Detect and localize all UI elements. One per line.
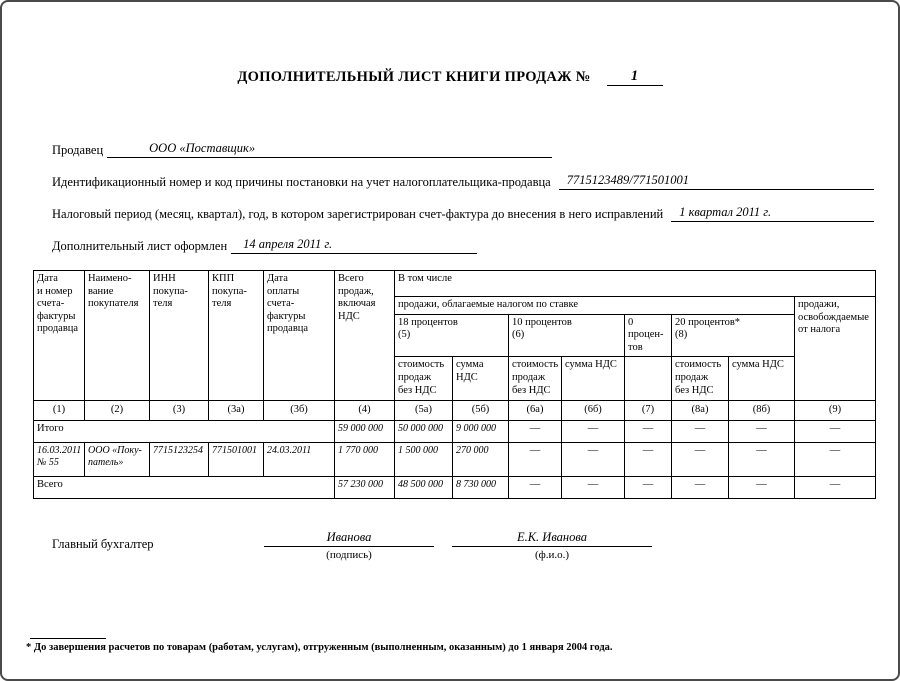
seller-value: ООО «Поставщик» — [107, 141, 552, 158]
dash-cell: — — [625, 421, 672, 443]
fullname-caption: (ф.и.о.) — [452, 547, 652, 561]
dash-cell: — — [795, 443, 876, 477]
dash-cell: — — [625, 443, 672, 477]
header-rate-10: 10 процентов (6) — [509, 314, 625, 357]
inn-kpp-value: 7715123489/771501001 — [559, 173, 874, 190]
dash-cell: — — [625, 477, 672, 499]
dash-cell: — — [672, 421, 729, 443]
seller-line: Продавец ООО «Поставщик» — [52, 140, 874, 158]
colnum-5b: (5б) — [453, 401, 509, 421]
signature-caption: (подпись) — [264, 547, 434, 561]
header-rate-0: 0 процен- тов — [625, 314, 672, 357]
dash-cell: — — [729, 443, 795, 477]
footnote-text: * До завершения расчетов по товарам (раб… — [26, 642, 838, 653]
sheet-number: 1 — [607, 68, 663, 86]
header-buyer-kpp: КПП покупа- теля — [209, 271, 264, 401]
seller-label: Продавец — [52, 143, 103, 158]
colnum-6b: (6б) — [562, 401, 625, 421]
sales-table: Дата и номер счета- фактуры продавца Наи… — [33, 270, 876, 499]
dash-cell: — — [509, 421, 562, 443]
footnote: * До завершения расчетов по товарам (раб… — [26, 638, 838, 653]
sales-table-wrapper: Дата и номер счета- фактуры продавца Наи… — [33, 270, 876, 499]
signature-field: Иванова (подпись) — [264, 530, 434, 561]
header-vat-18: сумма НДС — [453, 357, 509, 401]
dash-cell: — — [562, 477, 625, 499]
colnum-3a: (3а) — [209, 401, 264, 421]
colnum-8b: (8б) — [729, 401, 795, 421]
header-total-sales: Всего продаж, включая НДС — [335, 271, 395, 401]
colnum-3b: (3б) — [264, 401, 335, 421]
table-row-itogo: Итого 59 000 000 50 000 000 9 000 000 — … — [34, 421, 876, 443]
itogo-cost-18: 50 000 000 — [395, 421, 453, 443]
dash-cell: — — [672, 477, 729, 499]
colnum-4: (4) — [335, 401, 395, 421]
fullname-value: Е.К. Иванова — [452, 530, 652, 547]
table-row-entry: 16.03.2011 № 55 ООО «Поку- патель» 77151… — [34, 443, 876, 477]
entry-total: 1 770 000 — [335, 443, 395, 477]
inn-kpp-label: Идентификационный номер и код причины по… — [52, 175, 551, 190]
dash-cell: — — [795, 421, 876, 443]
header-rate-0-empty — [625, 357, 672, 401]
colnum-7: (7) — [625, 401, 672, 421]
fullname-field: Е.К. Иванова (ф.и.о.) — [452, 530, 652, 561]
footnote-divider — [30, 638, 106, 639]
signature-value: Иванова — [264, 530, 434, 547]
colnum-3: (3) — [150, 401, 209, 421]
header-buyer-inn: ИНН покупа- теля — [150, 271, 209, 401]
header-rate-18: 18 процентов (5) — [395, 314, 509, 357]
header-invoice-date: Дата и номер счета- фактуры продавца — [34, 271, 85, 401]
itogo-total: 59 000 000 — [335, 421, 395, 443]
tax-period-label: Налоговый период (месяц, квартал), год, … — [52, 207, 663, 222]
vsego-vat-18: 8 730 000 — [453, 477, 509, 499]
table-row-vsego: Всего 57 230 000 48 500 000 8 730 000 — … — [34, 477, 876, 499]
dash-cell: — — [672, 443, 729, 477]
signature-block: Главный бухгалтер Иванова (подпись) Е.К.… — [52, 530, 862, 574]
colnum-2: (2) — [85, 401, 150, 421]
header-vat-10: сумма НДС — [562, 357, 625, 401]
header-in-total: В том числе — [395, 271, 876, 297]
colnum-8a: (8а) — [672, 401, 729, 421]
vsego-cost-18: 48 500 000 — [395, 477, 453, 499]
header-cost-18: стоимость продаж без НДС — [395, 357, 453, 401]
entry-buyer: ООО «Поку- патель» — [85, 443, 150, 477]
issued-label: Дополнительный лист оформлен — [52, 239, 227, 254]
entry-pay-date: 24.03.2011 — [264, 443, 335, 477]
dash-cell: — — [509, 443, 562, 477]
entry-inn: 7715123254 — [150, 443, 209, 477]
header-vat-20: сумма НДС — [729, 357, 795, 401]
dash-cell: — — [562, 421, 625, 443]
dash-cell: — — [509, 477, 562, 499]
header-rate-20: 20 процентов* (8) — [672, 314, 795, 357]
issued-value: 14 апреля 2011 г. — [231, 237, 477, 254]
tax-period-line: Налоговый период (месяц, квартал), год, … — [52, 204, 874, 222]
entry-invoice: 16.03.2011 № 55 — [34, 443, 85, 477]
entry-kpp: 771501001 — [209, 443, 264, 477]
document-title: ДОПОЛНИТЕЛЬНЫЙ ЛИСТ КНИГИ ПРОДАЖ № — [237, 69, 590, 85]
vsego-label: Всего — [34, 477, 335, 499]
entry-vat-18: 270 000 — [453, 443, 509, 477]
header-cost-20: стоимость продаж без НДС — [672, 357, 729, 401]
inn-kpp-line: Идентификационный номер и код причины по… — [52, 172, 874, 190]
dash-cell: — — [795, 477, 876, 499]
page-title: ДОПОЛНИТЕЛЬНЫЙ ЛИСТ КНИГИ ПРОДАЖ №1 — [2, 68, 898, 86]
entry-cost-18: 1 500 000 — [395, 443, 453, 477]
sales-book-additional-sheet: ДОПОЛНИТЕЛЬНЫЙ ЛИСТ КНИГИ ПРОДАЖ №1 Прод… — [0, 0, 900, 681]
dash-cell: — — [562, 443, 625, 477]
issued-line: Дополнительный лист оформлен 14 апреля 2… — [52, 236, 874, 254]
colnum-1: (1) — [34, 401, 85, 421]
itogo-label: Итого — [34, 421, 335, 443]
header-taxed-sales: продажи, облагаемые налогом по ставке — [395, 297, 795, 315]
colnum-5a: (5а) — [395, 401, 453, 421]
header-cost-10: стоимость продаж без НДС — [509, 357, 562, 401]
dash-cell: — — [729, 477, 795, 499]
header-tax-exempt: продажи, освобождаемые от налога — [795, 297, 876, 401]
requisites: Продавец ООО «Поставщик» Идентификационн… — [52, 140, 874, 268]
colnum-9: (9) — [795, 401, 876, 421]
vsego-total: 57 230 000 — [335, 477, 395, 499]
itogo-vat-18: 9 000 000 — [453, 421, 509, 443]
tax-period-value: 1 квартал 2011 г. — [671, 205, 874, 222]
dash-cell: — — [729, 421, 795, 443]
header-payment-date: Дата оплаты счета- фактуры продавца — [264, 271, 335, 401]
chief-accountant-label: Главный бухгалтер — [52, 537, 154, 552]
header-buyer-name: Наимено- вание покупателя — [85, 271, 150, 401]
colnum-6a: (6а) — [509, 401, 562, 421]
